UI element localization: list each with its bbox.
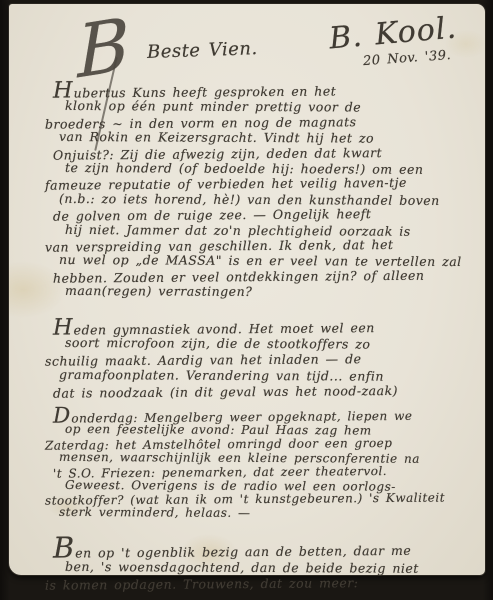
paragraph-4: Ben op 't ogenblik bezig aan de betten, … bbox=[43, 536, 471, 592]
handwritten-line: maan(regen) verrastingen? bbox=[65, 283, 471, 301]
paragraph-2: Heden gymnastiek avond. Het moet wel een… bbox=[43, 319, 471, 400]
paragraph-3: Donderdag: Mengelberg weer opgeknapt, li… bbox=[43, 407, 471, 521]
letter-paper: B Beste Vien. B. Kool. 20 Nov. '39. Hube… bbox=[9, 4, 485, 575]
handwritten-line: dat is noodzaak (in dit geval was het no… bbox=[53, 382, 471, 401]
handwritten-line: Ben op 't ogenblik bezig aan de betten, … bbox=[53, 534, 471, 561]
letter-body: Hubertus Kuns heeft gesproken en hetklon… bbox=[43, 82, 471, 592]
salutation: Beste Vien. bbox=[147, 38, 258, 63]
paragraph-1: Hubertus Kuns heeft gesproken en hetklon… bbox=[43, 82, 471, 300]
flourish-initial: B bbox=[77, 7, 131, 88]
letter-scan: B Beste Vien. B. Kool. 20 Nov. '39. Hube… bbox=[0, 0, 493, 600]
handwritten-line: is komen opdagen. Trouwens, dat zou meer… bbox=[45, 574, 471, 593]
handwritten-line: sterk verminderd, helaas. — bbox=[59, 506, 471, 522]
